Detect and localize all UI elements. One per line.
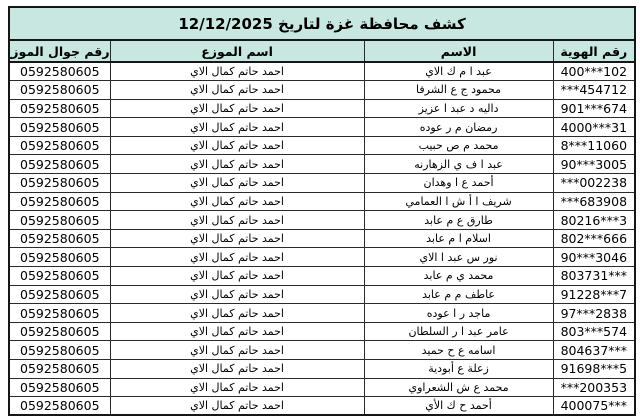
cell-name: طارق ع م عابد — [364, 211, 553, 230]
cell-phone: 0592580605 — [9, 397, 110, 416]
cell-distributor: احمد حاتم كمال الاي — [110, 248, 364, 267]
table-title-row: كشف محافظة غزة لتاريخ 12/12/2025 — [9, 7, 635, 40]
cell-id: 803***574 — [553, 322, 635, 341]
cell-id: 80216***3 — [553, 211, 635, 230]
cell-id: 91228***7 — [553, 285, 635, 304]
cell-name: عبد ا م ك الاي — [364, 62, 553, 81]
cell-name: أحمد ع ا وهدان — [364, 174, 553, 193]
cell-id: 901***674 — [553, 99, 635, 118]
cell-id: 400075*** — [553, 397, 635, 416]
cell-phone: 0592580605 — [9, 267, 110, 286]
table-row: 90***3005 عبد ا ف ي الزهارنه احمد حاتم ك… — [9, 155, 635, 174]
table-row: 91698***5 زعلة ع أبودية احمد حاتم كمال ا… — [9, 360, 635, 379]
cell-name: عبد ا ف ي الزهارنه — [364, 155, 553, 174]
table-row: 802***666 اسلام ا م عابد احمد حاتم كمال … — [9, 229, 635, 248]
table-header-row: رقم الهوية الاسم اسم الموزع رقم جوال الم… — [9, 40, 635, 62]
cell-id: ***200353 — [553, 378, 635, 397]
table-body: 400***102 عبد ا م ك الاي احمد حاتم كمال … — [9, 62, 635, 415]
cell-name: اسلام ا م عابد — [364, 229, 553, 248]
cell-distributor: احمد حاتم كمال الاي — [110, 304, 364, 323]
cell-distributor: احمد حاتم كمال الاي — [110, 174, 364, 193]
cell-phone: 0592580605 — [9, 62, 110, 81]
cell-distributor: احمد حاتم كمال الاي — [110, 229, 364, 248]
cell-phone: 0592580605 — [9, 360, 110, 379]
cell-name: محمد ي م عابد — [364, 267, 553, 286]
cell-name: شريف ا أ ش ا العمامي — [364, 192, 553, 211]
cell-phone: 0592580605 — [9, 118, 110, 137]
table-row: 80216***3 طارق ع م عابد احمد حاتم كمال ا… — [9, 211, 635, 230]
document-page: كشف محافظة غزة لتاريخ 12/12/2025 رقم اله… — [8, 6, 634, 416]
cell-phone: 0592580605 — [9, 174, 110, 193]
column-header-phone: رقم جوال الموزع — [9, 40, 110, 62]
cell-distributor: احمد حاتم كمال الاي — [110, 192, 364, 211]
cell-distributor: احمد حاتم كمال الاي — [110, 136, 364, 155]
table-row: 803***574 عامر عبد ا ر السلطان احمد حاتم… — [9, 322, 635, 341]
cell-distributor: احمد حاتم كمال الاي — [110, 99, 364, 118]
cell-name: عاطف م م عابد — [364, 285, 553, 304]
table-row: 91228***7 عاطف م م عابد احمد حاتم كمال ا… — [9, 285, 635, 304]
cell-id: 4000***31 — [553, 118, 635, 137]
cell-id: ***454712 — [553, 81, 635, 100]
table-row: 90***3046 نور س عبد ا الاي احمد حاتم كما… — [9, 248, 635, 267]
page-title: كشف محافظة غزة لتاريخ 12/12/2025 — [9, 7, 635, 40]
cell-name: محمود ج ع الشرفا — [364, 81, 553, 100]
cell-name: زعلة ع أبودية — [364, 360, 553, 379]
cell-distributor: احمد حاتم كمال الاي — [110, 267, 364, 286]
table-row: ***454712 محمود ج ع الشرفا احمد حاتم كما… — [9, 81, 635, 100]
cell-distributor: احمد حاتم كمال الاي — [110, 341, 364, 360]
cell-phone: 0592580605 — [9, 248, 110, 267]
cell-id: 804637*** — [553, 341, 635, 360]
cell-phone: 0592580605 — [9, 378, 110, 397]
table-row: ***200353 محمد ع ش الشعراوي احمد حاتم كم… — [9, 378, 635, 397]
cell-phone: 0592580605 — [9, 285, 110, 304]
cell-distributor: احمد حاتم كمال الاي — [110, 81, 364, 100]
cell-distributor: احمد حاتم كمال الاي — [110, 155, 364, 174]
cell-distributor: احمد حاتم كمال الاي — [110, 378, 364, 397]
table-row: ***683908 شريف ا أ ش ا العمامي احمد حاتم… — [9, 192, 635, 211]
cell-name: محمد م ص حبيب — [364, 136, 553, 155]
table-row: ***002238 أحمد ع ا وهدان احمد حاتم كمال … — [9, 174, 635, 193]
cell-phone: 0592580605 — [9, 211, 110, 230]
cell-id: 91698***5 — [553, 360, 635, 379]
cell-name: رمضان م ر عوده — [364, 118, 553, 137]
cell-phone: 0592580605 — [9, 341, 110, 360]
cell-name: نور س عبد ا الاي — [364, 248, 553, 267]
cell-name: أحمد ح ك الأي — [364, 397, 553, 416]
cell-phone: 0592580605 — [9, 99, 110, 118]
cell-phone: 0592580605 — [9, 304, 110, 323]
table-row: 400075*** أحمد ح ك الأي احمد حاتم كمال ا… — [9, 397, 635, 416]
distribution-table: كشف محافظة غزة لتاريخ 12/12/2025 رقم اله… — [8, 6, 636, 416]
cell-name: اسامه ع ح حميد — [364, 341, 553, 360]
table-row: 803731*** محمد ي م عابد احمد حاتم كمال ا… — [9, 267, 635, 286]
cell-id: 8***11060 — [553, 136, 635, 155]
cell-phone: 0592580605 — [9, 136, 110, 155]
cell-phone: 0592580605 — [9, 229, 110, 248]
column-header-id: رقم الهوية — [553, 40, 635, 62]
cell-name: داليه د عبد ا عزيز — [364, 99, 553, 118]
cell-phone: 0592580605 — [9, 81, 110, 100]
cell-distributor: احمد حاتم كمال الاي — [110, 211, 364, 230]
table-row: 8***11060 محمد م ص حبيب احمد حاتم كمال ا… — [9, 136, 635, 155]
table-row: 400***102 عبد ا م ك الاي احمد حاتم كمال … — [9, 62, 635, 81]
cell-phone: 0592580605 — [9, 155, 110, 174]
table-row: 4000***31 رمضان م ر عوده احمد حاتم كمال … — [9, 118, 635, 137]
cell-id: 400***102 — [553, 62, 635, 81]
cell-distributor: احمد حاتم كمال الاي — [110, 62, 364, 81]
cell-name: ماجد ر ا عوده — [364, 304, 553, 323]
cell-distributor: احمد حاتم كمال الاي — [110, 360, 364, 379]
cell-id: 90***3046 — [553, 248, 635, 267]
cell-name: محمد ع ش الشعراوي — [364, 378, 553, 397]
cell-id: 803731*** — [553, 267, 635, 286]
cell-id: ***002238 — [553, 174, 635, 193]
cell-name: عامر عبد ا ر السلطان — [364, 322, 553, 341]
cell-distributor: احمد حاتم كمال الاي — [110, 118, 364, 137]
table-row: 901***674 داليه د عبد ا عزيز احمد حاتم ك… — [9, 99, 635, 118]
table-row: 804637*** اسامه ع ح حميد احمد حاتم كمال … — [9, 341, 635, 360]
column-header-distributor: اسم الموزع — [110, 40, 364, 62]
cell-phone: 0592580605 — [9, 192, 110, 211]
cell-distributor: احمد حاتم كمال الاي — [110, 285, 364, 304]
table-row: 97***2838 ماجد ر ا عوده احمد حاتم كمال ا… — [9, 304, 635, 323]
cell-phone: 0592580605 — [9, 322, 110, 341]
cell-id: 802***666 — [553, 229, 635, 248]
cell-id: 97***2838 — [553, 304, 635, 323]
cell-distributor: احمد حاتم كمال الاي — [110, 397, 364, 416]
cell-id: 90***3005 — [553, 155, 635, 174]
cell-distributor: احمد حاتم كمال الاي — [110, 322, 364, 341]
cell-id: ***683908 — [553, 192, 635, 211]
column-header-name: الاسم — [364, 40, 553, 62]
